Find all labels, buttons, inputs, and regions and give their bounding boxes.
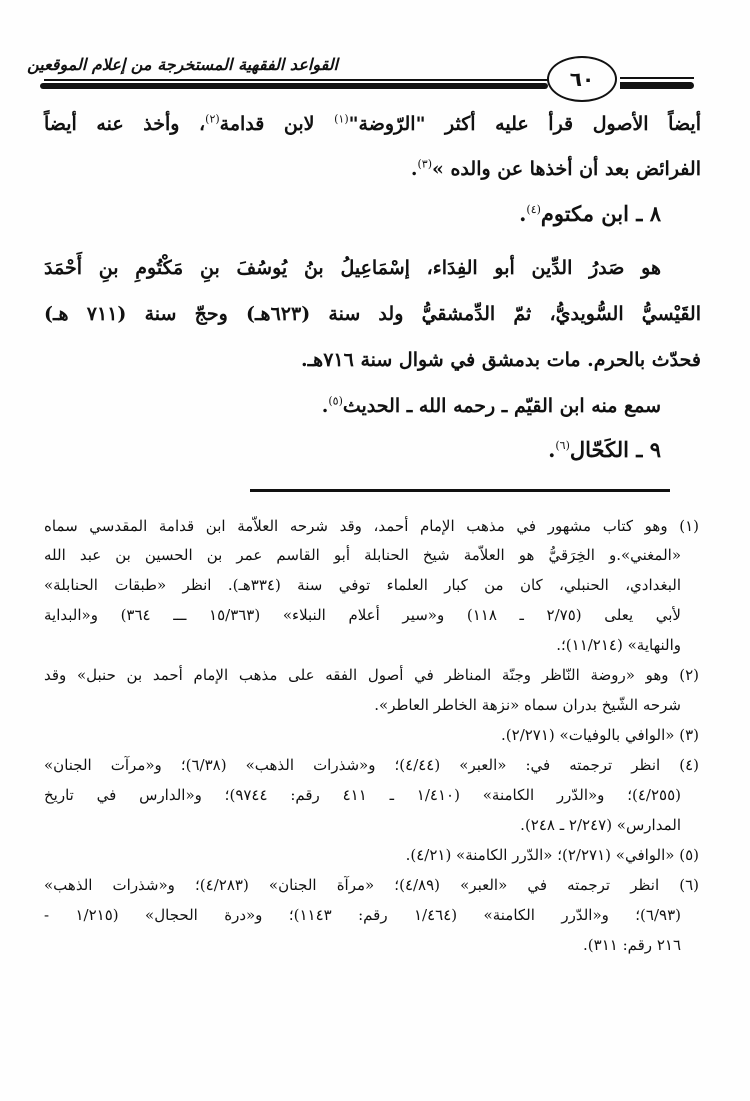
- text-run: أيضاً الأصول قرأ عليه أكثر "الرّوضة": [349, 113, 701, 135]
- footnote-2-line-1: (٢) وهو «روضة النّاظر وجنّة المناظر في أ…: [44, 664, 699, 686]
- footnote-1-line-3: البغدادي، الحنبلي، كان من كبار العلماء ت…: [44, 574, 699, 596]
- book-page: القواعد الفقهية المستخرجة من إعلام الموق…: [0, 0, 750, 1101]
- running-title: القواعد الفقهية المستخرجة من إعلام الموق…: [38, 54, 338, 76]
- entry-heading-8: ٨ ـ ابن مكتوم(٤).: [44, 200, 701, 228]
- body-line-2: الفرائض بعد أن أخذها عن والده »(٣).: [44, 155, 701, 183]
- body-line-1: أيضاً الأصول قرأ عليه أكثر "الرّوضة"(١) …: [44, 110, 701, 138]
- page-number: ٦٠: [570, 67, 594, 91]
- text-run: الفرائض بعد أن أخذها عن والده »: [432, 158, 701, 180]
- footnote-ref-5[interactable]: (٥): [328, 395, 343, 408]
- footnote-6-line-3: ٢١٦ رقم: ٣١١).: [44, 934, 699, 956]
- footnote-6-line-1: (٦) انظر ترجمته في «العبر» (٤/٨٩)؛ «مرآة…: [44, 874, 699, 896]
- footnote-1-line-1: (١) وهو كتاب مشهور في مذهب الإمام أحمد، …: [44, 515, 699, 537]
- heading-text: ٩ ـ الكَحّال: [570, 437, 661, 462]
- footnote-separator: [250, 489, 670, 492]
- footnote-ref-1[interactable]: (١): [334, 113, 349, 126]
- entry-8-line-2: القَيْسيُّ السُّويديُّ، ثمّ الدِّمشقيُّ …: [44, 300, 701, 328]
- footnote-1-line-5: والنهاية» (١١/٢١٤)؛.: [44, 634, 699, 656]
- text-run: لابن قدامة: [220, 113, 334, 135]
- footnote-4-line-2: (٤/٢٥٥)؛ و«الدّرر الكامنة» (١/٤١٠ ـ ٤١١ …: [44, 784, 699, 806]
- footnote-ref-3[interactable]: (٣): [417, 158, 432, 171]
- header-rule-right-thin: [620, 77, 694, 79]
- page-number-badge: ٦٠: [547, 56, 617, 102]
- footnote-5-line-1: (٥) «الوافي» (٢/٢٧١)؛ «الدّرر الكامنة» (…: [44, 844, 699, 866]
- footnote-4-line-1: (٤) انظر ترجمته في: «العبر» (٤/٤٤)؛ و«شذ…: [44, 754, 699, 776]
- header-rule-thin: [44, 79, 552, 81]
- entry-8-line-3: فحدّث بالحرم. مات بدمشق في شوال سنة ٧١٦ه…: [44, 346, 701, 374]
- entry-heading-9: ٩ ـ الكَحّال(٦).: [44, 436, 701, 464]
- footnote-ref-2[interactable]: (٢): [205, 113, 220, 126]
- footnote-ref-6[interactable]: (٦): [555, 439, 570, 452]
- heading-text: ٨ ـ ابن مكتوم: [541, 201, 661, 226]
- footnote-6-line-2: (٦/٩٣)؛ و«الدّرر الكامنة» (١/٤٦٤ رقم: ١١…: [44, 904, 699, 926]
- header-rule-right-thick: [620, 82, 694, 89]
- footnote-3-line-1: (٣) «الوافي بالوفيات» (٢/٢٧١).: [44, 724, 699, 746]
- footnote-1-line-2: «المغني».و الخِرَقيُّ هو العلاّمة شيخ ال…: [44, 544, 699, 566]
- entry-8-line-1: هو صَدرُ الدِّين أبو الفِدَاء، إسْمَاعِي…: [44, 254, 701, 282]
- note-text: سمع منه ابن القيّم ـ رحمه الله ـ الحديث: [343, 395, 661, 417]
- footnote-2-line-2: شرحه الشّيخ بدران سماه «نزهة الخاطر العا…: [44, 694, 699, 716]
- footnote-ref-4[interactable]: (٤): [526, 203, 541, 216]
- text-run: ، وأخذ عنه أيضاً: [44, 113, 205, 135]
- entry-8-note: سمع منه ابن القيّم ـ رحمه الله ـ الحديث(…: [44, 392, 701, 420]
- header-rule-thick: [40, 83, 548, 89]
- footnote-1-line-4: لأبي يعلى (٢/٧٥ ـ ١١٨) و«سير أعلام النبل…: [44, 604, 699, 626]
- footnote-4-line-3: المدارس» (٢/٢٤٧ ـ ٢٤٨).: [44, 814, 699, 836]
